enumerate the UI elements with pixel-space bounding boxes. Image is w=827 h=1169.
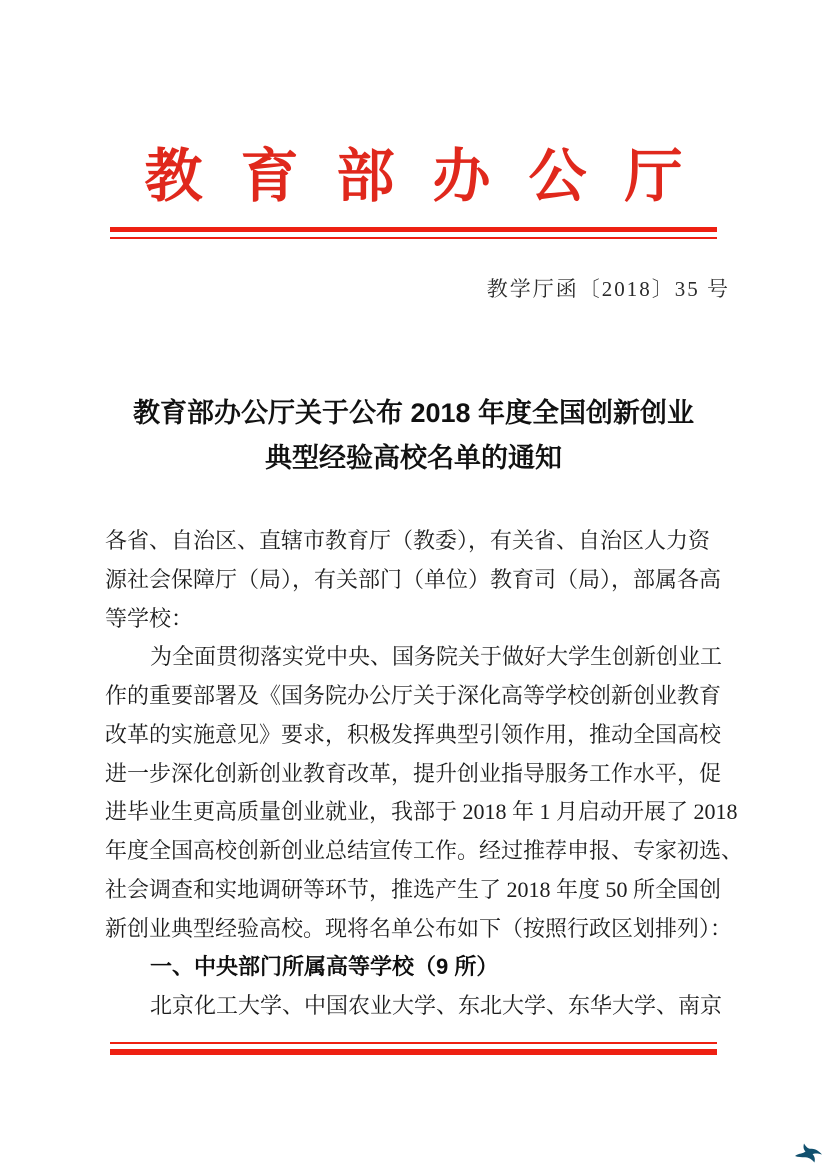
body-line: 进毕业生更高质量创业就业，我部于 2018 年 1 月启动开展了 2018 [105, 793, 727, 832]
rule-thin-line [110, 1042, 717, 1044]
body-line: 源社会保障厅（局），有关部门（单位）教育司（局），部属各高 [105, 561, 727, 600]
document-reference-number: 教学厅函〔2018〕35 号 [487, 276, 730, 302]
notice-title: 教育部办公厅关于公布 2018 年度全国创新创业 典型经验高校名单的通知 [0, 391, 827, 481]
body-line: 改革的实施意见》要求，积极发挥典型引领作用，推动全国高校 [105, 716, 727, 755]
masthead-double-rule [110, 227, 717, 239]
notice-body: 各省、自治区、直辖市教育厅（教委），有关省、自治区人力资 源社会保障厅（局），有… [105, 522, 727, 1026]
body-line: 社会调查和实地调研等环节，推选产生了 2018 年度 50 所全国创 [105, 871, 727, 910]
bird-watermark-icon [794, 1141, 823, 1164]
rule-thick-line [110, 1049, 717, 1055]
body-line: 北京化工大学、中国农业大学、东北大学、东华大学、南京 [105, 987, 727, 1026]
footer-double-rule [110, 1042, 717, 1055]
notice-title-line-2: 典型经验高校名单的通知 [265, 443, 562, 473]
body-line: 新创业典型经验高校。现将名单公布如下（按照行政区划排列）： [105, 910, 727, 949]
notice-title-line-1: 教育部办公厅关于公布 2018 年度全国创新创业 [133, 398, 694, 428]
body-line: 进一步深化创新创业教育改革，提升创业指导服务工作水平，促 [105, 755, 727, 794]
body-line: 各省、自治区、直辖市教育厅（教委），有关省、自治区人力资 [105, 522, 727, 561]
body-line: 等学校： [105, 600, 727, 639]
body-line: 年度全国高校创新创业总结宣传工作。经过推荐申报、专家初选、 [105, 832, 727, 871]
body-line: 作的重要部署及《国务院办公厅关于深化高等学校创新创业教育 [105, 677, 727, 716]
section-heading: 一、中央部门所属高等学校（9 所） [105, 948, 727, 987]
official-document-page: 教育部办公厅 教学厅函〔2018〕35 号 教育部办公厅关于公布 2018 年度… [0, 0, 827, 1169]
body-line: 为全面贯彻落实党中央、国务院关于做好大学生创新创业工 [105, 638, 727, 677]
rule-thin-line [110, 237, 717, 239]
agency-masthead: 教育部办公厅 [0, 146, 827, 208]
rule-thick-line [110, 227, 717, 232]
